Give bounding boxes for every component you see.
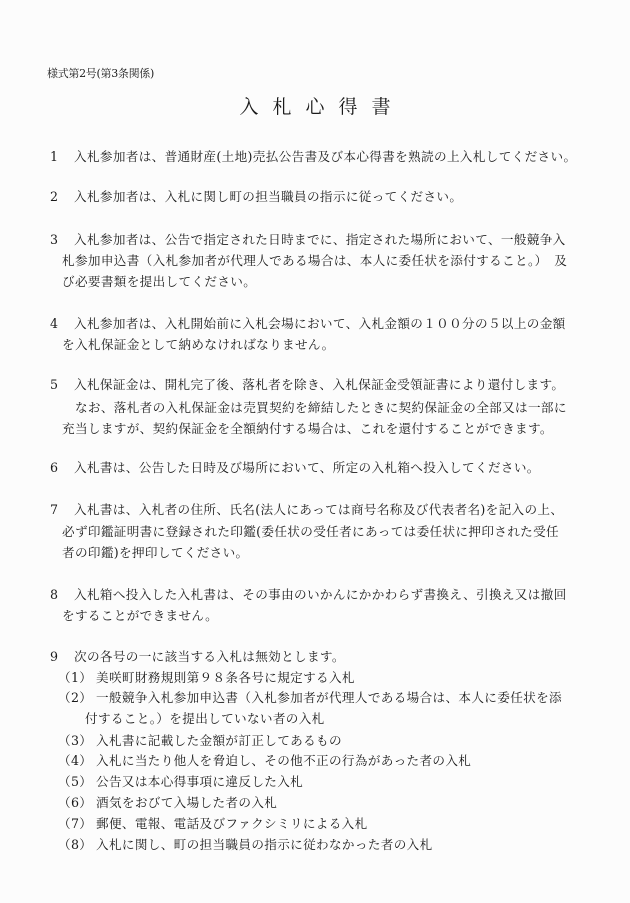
subclause-text: 一般競争入札参加申込書（入札参加者が代理人である場合は、本人に委任状を添	[96, 690, 562, 705]
clause-text: 入札箱へ投入した入札書は、その事由のいかんにかかわらず書換え、引換え又は撤回	[74, 587, 567, 602]
clause-text: 入札書は、公告した日時及び場所において、所定の入札箱へ投入してください。	[74, 460, 540, 475]
clause-text: を入札保証金として納めなければなりません。	[62, 334, 335, 355]
subclause-text: 酒気をおびて入場した者の入札	[96, 795, 277, 810]
clause-number: 2	[50, 186, 74, 207]
clause-number: 8	[50, 584, 74, 605]
subclause-number: （4）	[58, 750, 96, 771]
clause-text: 入札書は、入札者の住所、氏名(法人にあっては商号名称及び代表者名)を記入の上、	[74, 502, 563, 517]
subclause-2: （2）一般競争入札参加申込書（入札参加者が代理人である場合は、本人に委任状を添	[58, 687, 562, 708]
clause-text: 入札参加者は、普通財産(土地)売払公告書及び本心得書を熟読の上入札してください。	[74, 149, 576, 164]
subclause-text: 公告又は本心得事項に違反した入札	[96, 774, 303, 789]
clause-text: なお、落札者の入札保証金は売買契約を締結したときに契約保証金の全部又は一部に	[62, 397, 567, 418]
subclause-number: （7）	[58, 813, 96, 834]
subclause-8: （8）入札に関し、町の担当職員の指示に従わなかった者の入札	[58, 834, 433, 855]
clause-number: 5	[50, 374, 74, 395]
form-number: 様式第2号(第3条関係)	[47, 65, 154, 81]
subclause-7: （7）郵便、電報、電話及びファクシミリによる入札	[58, 813, 368, 834]
clause-text: 札参加申込書（入札参加者が代理人である場合は、本人に委任状を添付すること。） 及	[62, 250, 567, 271]
clause-number: 7	[50, 499, 74, 520]
subclause-1: （1）美咲町財務規則第９８条各号に規定する入札	[58, 667, 355, 688]
clause-text: 次の各号の一に該当する入札は無効とします。	[74, 649, 345, 664]
clause-number: 4	[50, 313, 74, 334]
clause-text: 必ず印鑑証明書に登録された印鑑(委任状の受任者にあっては委任状に押印された受任	[62, 521, 559, 542]
clause-text: 充当しますが、契約保証金を全額納付する場合は、これを還付することができます。	[62, 418, 553, 439]
subclause-text: 付すること。）を提出していない者の入札	[85, 708, 325, 729]
subclause-text: 入札書に記載した金額が訂正してあるもの	[96, 733, 342, 748]
clause-text: 者の印鑑)を押印してください。	[62, 542, 248, 563]
subclause-3: （3）入札書に記載した金額が訂正してあるもの	[58, 730, 342, 751]
subclause-number: （1）	[58, 667, 96, 688]
clause-number: 9	[50, 646, 74, 667]
subclause-number: （5）	[58, 771, 96, 792]
page-title: 入札心得書	[0, 92, 630, 119]
clause-text: 入札参加者は、入札開始前に入札会場において、入札金額の１００分の５以上の金額	[74, 316, 566, 331]
subclause-6: （6）酒気をおびて入場した者の入札	[58, 792, 277, 813]
subclause-4: （4）入札に当たり他人を脅迫し、その他不正の行為があった者の入札	[58, 750, 471, 771]
clause-text: 入札保証金は、開札完了後、落札者を除き、入札保証金受領証書により還付します。	[74, 377, 564, 392]
clause-number: 1	[50, 146, 74, 167]
clause-text: 入札参加者は、公告で指定された日時までに、指定された場所において、一般競争入	[74, 232, 566, 247]
clause-text: び必要書類を提出してください。	[62, 271, 256, 292]
subclause-number: （8）	[58, 834, 96, 855]
subclause-number: （6）	[58, 792, 96, 813]
clause-number: 3	[50, 229, 74, 250]
subclause-5: （5）公告又は本心得事項に違反した入札	[58, 771, 303, 792]
subclause-number: （2）	[58, 687, 96, 708]
clause-number: 6	[50, 457, 74, 478]
subclause-text: 美咲町財務規則第９８条各号に規定する入札	[96, 670, 355, 685]
subclause-text: 入札に当たり他人を脅迫し、その他不正の行為があった者の入札	[96, 753, 471, 768]
subclause-number: （3）	[58, 730, 96, 751]
subclause-text: 入札に関し、町の担当職員の指示に従わなかった者の入札	[96, 837, 433, 852]
clause-text: 入札参加者は、入札に関し町の担当職員の指示に従ってください。	[74, 189, 462, 204]
subclause-text: 郵便、電報、電話及びファクシミリによる入札	[96, 816, 368, 831]
clause-text: をすることができません。	[62, 605, 218, 626]
